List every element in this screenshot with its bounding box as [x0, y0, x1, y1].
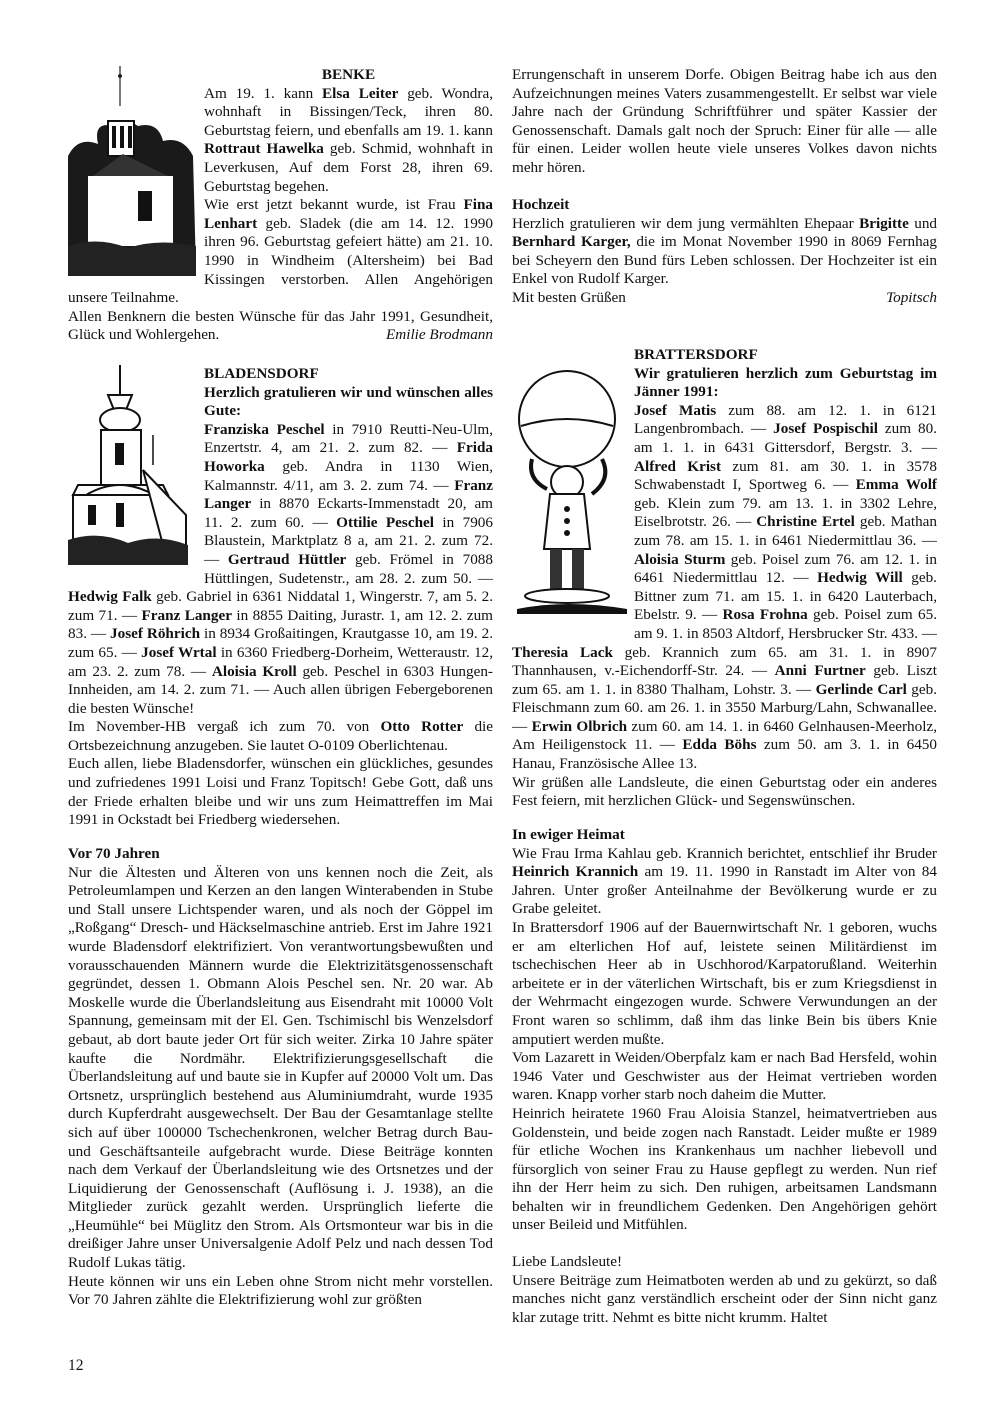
- article-vor-70-jahren: Vor 70 Jahren Nur die Ältesten und Älter…: [68, 845, 493, 1310]
- atlas-figure-icon: [512, 364, 630, 619]
- person-name: Josef Matis: [634, 402, 716, 419]
- page-number: 12: [68, 1357, 84, 1375]
- heimat-paragraph-4: Heinrich heiratete 1960 Frau Aloisia Sta…: [512, 1105, 937, 1235]
- person-name: Rottraut Hawelka: [204, 140, 324, 157]
- chapel-illustration: [68, 66, 204, 278]
- person-name: Erwin Olbrich: [532, 718, 628, 735]
- benke-paragraph-3: Allen Benknern die besten Wünsche für da…: [68, 308, 493, 345]
- person-name: Josef Röhrich: [110, 625, 200, 642]
- section-title: In ewiger Heimat: [512, 826, 937, 845]
- closing: Mit besten Grüßen: [512, 289, 626, 306]
- bladensdorf-greeting: Euch allen, liebe Bladensdorfer, wünsche…: [68, 755, 493, 829]
- person-name: Frida Howorka: [204, 439, 493, 475]
- person-name: Franziska Peschel: [204, 421, 325, 438]
- person-name: Elsa Leiter: [322, 85, 398, 102]
- person-name: Otto Rotter: [380, 718, 463, 735]
- hochzeit-closing-line: Mit besten Grüßen Topitsch: [512, 289, 937, 308]
- heimat-paragraph-1: Wie Frau Irma Kahlau geb. Krannich beric…: [512, 845, 937, 919]
- person-name: Anni Furtner: [775, 662, 866, 679]
- brattersdorf-greeting: Wir grüßen alle Landsleute, die einen Ge…: [512, 774, 937, 811]
- person-name: Theresia Lack: [512, 644, 613, 661]
- article-continuation: Errungenschaft in unserem Dorfe. Obigen …: [512, 66, 937, 178]
- person-name: Edda Böhs: [682, 736, 756, 753]
- hochzeit-paragraph: Herzlich gratulieren wir dem jung vermäh…: [512, 215, 937, 289]
- person-name: Aloisia Sturm: [634, 551, 725, 568]
- person-name: Hedwig Falk: [68, 588, 152, 605]
- article-bladensdorf: BLADENSDORF Herzlich gratulieren wir und…: [68, 365, 493, 830]
- person-name: Alfred Krist: [634, 458, 721, 475]
- person-name: Brigitte: [859, 215, 909, 232]
- continuation-paragraph: Errungenschaft in unserem Dorfe. Obigen …: [512, 66, 937, 178]
- person-name: Gertraud Hüttler: [228, 551, 346, 568]
- bladensdorf-correction: Im November-HB vergaß ich zum 70. von Ot…: [68, 718, 493, 755]
- person-name: Franz Langer: [142, 607, 232, 624]
- person-name: Gerlinde Carl: [816, 681, 907, 698]
- person-name: Josef Pospischil: [773, 420, 878, 437]
- person-name: Bernhard Karger,: [512, 233, 631, 250]
- heimat-paragraph-3: Vom Lazarett in Weiden/Oberpfalz kam er …: [512, 1049, 937, 1105]
- vor70-paragraph-2: Heute können wir uns ein Leben ohne Stro…: [68, 1273, 493, 1310]
- person-name: Josef Wrtal: [141, 644, 216, 661]
- person-name: Rosa Frohna: [723, 606, 808, 623]
- atlas-figure-illustration: [512, 364, 634, 626]
- church-tower-illustration: [68, 365, 204, 573]
- article-benke: BENKE Am 19. 1. kann Elsa Leiter geb. Wo…: [68, 66, 493, 345]
- article-hochzeit: Hochzeit Herzlich gratulieren wir dem ju…: [512, 196, 937, 308]
- signature: Emilie Brodmann: [386, 326, 493, 345]
- person-name: Ottilie Peschel: [336, 514, 434, 531]
- section-title: BRATTERSDORF: [512, 346, 937, 365]
- person-name: Franz Langer: [204, 477, 493, 513]
- section-title: Hochzeit: [512, 196, 937, 215]
- article-liebe-landsleute: Liebe Landsleute! Unsere Beiträge zum He…: [512, 1253, 937, 1327]
- signature: Topitsch: [886, 289, 937, 308]
- heimat-paragraph-2: In Brattersdorf 1906 auf der Bauernwirts…: [512, 919, 937, 1049]
- person-name: Emma Wolf: [856, 476, 937, 493]
- article-in-ewiger-heimat: In ewiger Heimat Wie Frau Irma Kahlau ge…: [512, 826, 937, 1235]
- person-name: Fina Lenhart: [204, 196, 493, 232]
- section-title: Vor 70 Jahren: [68, 845, 493, 864]
- vor70-paragraph-1: Nur die Ältesten und Älteren von uns ken…: [68, 864, 493, 1273]
- article-brattersdorf: BRATTERSDORF Wir gratulieren herzlich zu…: [512, 346, 937, 811]
- church-tower-icon: [68, 365, 196, 570]
- landsleute-paragraph: Unsere Beiträge zum Heimatboten werden a…: [512, 1272, 937, 1328]
- person-name: Hedwig Will: [817, 569, 903, 586]
- person-name: Aloisia Kroll: [212, 663, 297, 680]
- person-name: Christine Ertel: [756, 513, 855, 530]
- person-name: Heinrich Krannich: [512, 863, 638, 880]
- greeting: Liebe Landsleute!: [512, 1253, 937, 1272]
- chapel-icon: [68, 66, 198, 276]
